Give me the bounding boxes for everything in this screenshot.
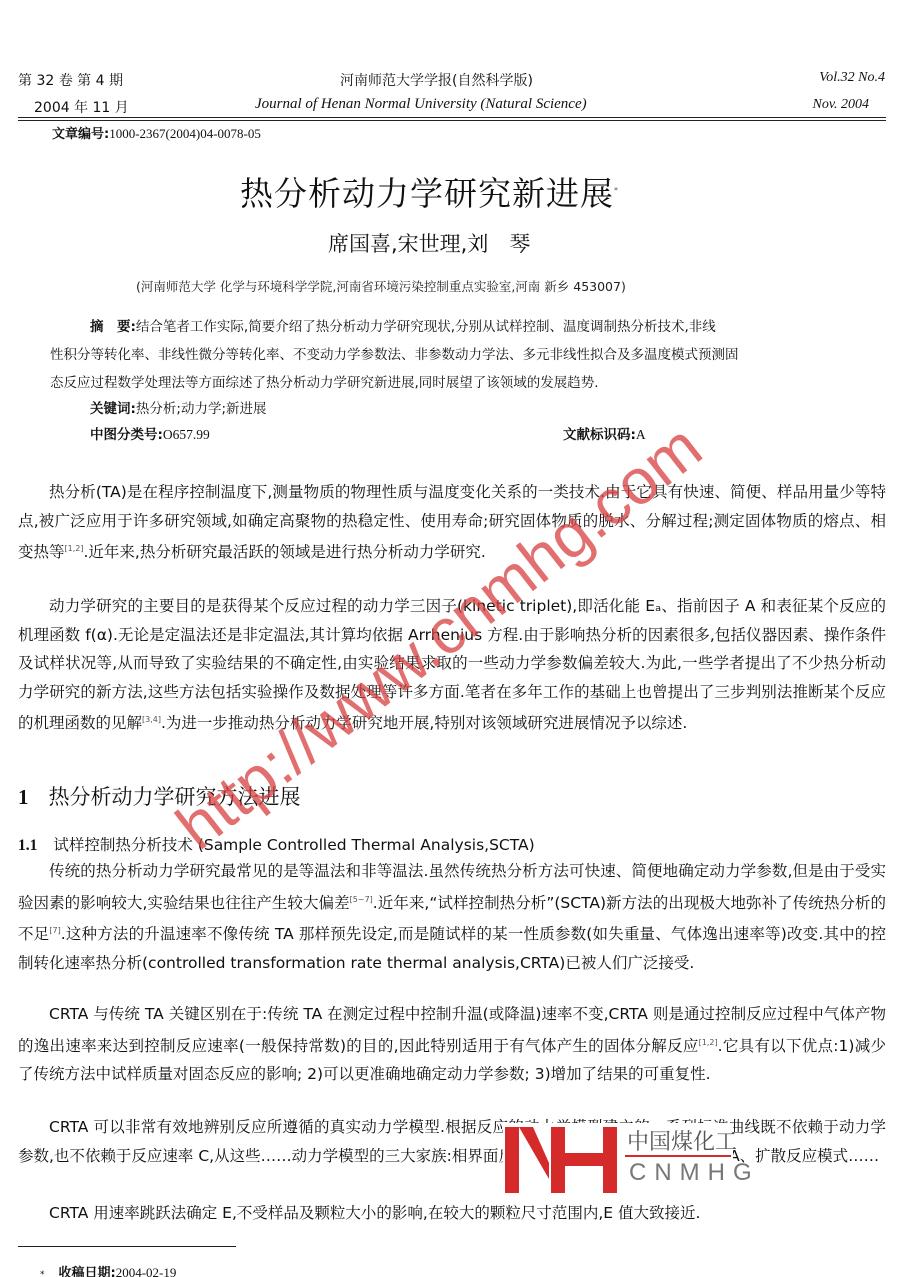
keywords: 关键词:热分析;动力学;新进展 <box>90 395 267 423</box>
citation: [1,2] <box>699 1038 718 1047</box>
citation: [1,2] <box>65 544 84 553</box>
abstract-label: 摘 要: <box>90 319 136 335</box>
volume-issue-en: Vol.32 No.4 <box>819 70 885 86</box>
date-cn: 2004 年 11 月 <box>34 97 129 117</box>
keywords-label: 关键词: <box>90 401 136 417</box>
article-id: 文章编号:1000-2367(2004)04-0078-05 <box>52 123 261 142</box>
s11-p1-text-c: .这种方法的升温速率不像传统 TA 那样预先设定,而是随试样的某一性质参数(如失… <box>18 925 886 972</box>
mh-logo-icon <box>503 1123 628 1195</box>
affiliation: (河南师范大学 化学与环境科学学院,河南省环境污染控制重点实验室,河南 新乡 4… <box>136 277 626 295</box>
article-id-label: 文章编号: <box>52 127 109 142</box>
section-1-1-heading: 1.1试样控制热分析技术 (Sample Controlled Thermal … <box>18 833 535 855</box>
publisher-logo: 中国煤化工 CNMHG <box>503 1123 733 1195</box>
classification-value: O657.99 <box>163 427 210 442</box>
keywords-value: 热分析;动力学;新进展 <box>136 401 267 417</box>
journal-name-cn: 河南师范大学学报(自然科学版) <box>340 70 533 90</box>
journal-name-en: Journal of Henan Normal University (Natu… <box>255 96 587 113</box>
abstract: 摘 要:结合笔者工作实际,简要介绍了热分析动力学研究现状,分别从试样控制、温度调… <box>50 313 890 397</box>
section-1-1-paragraph-2: CRTA 与传统 TA 关键区别在于:传统 TA 在测定过程中控制升温(或降温)… <box>18 1000 886 1089</box>
citation: [3,4] <box>142 715 161 724</box>
section-1-number: 1 <box>18 785 29 809</box>
section-1-1-title: 试样控制热分析技术 (Sample Controlled Thermal Ana… <box>53 836 534 854</box>
abstract-line-2: 性积分等转化率、非线性微分等转化率、不变动力学参数法、非参数动力学法、多元非线性… <box>50 341 890 369</box>
intro-paragraph-1: 热分析(TA)是在程序控制温度下,测量物质的物理性质与温度变化关系的一类技术.由… <box>18 478 886 567</box>
intro-p1-text-b: .近年来,热分析研究最活跃的领域是进行热分析动力学研究. <box>83 543 485 561</box>
footnote-label: 收稿日期: <box>59 1266 116 1277</box>
section-1-1-number: 1.1 <box>18 837 37 854</box>
volume-issue-cn: 第 32 卷 第 4 期 <box>18 70 123 90</box>
article-id-value: 1000-2367(2004)04-0078-05 <box>109 126 261 141</box>
document-code-label: 文献标识码: <box>563 427 636 443</box>
classification-label: 中图分类号: <box>90 427 163 443</box>
section-1-1-paragraph-4: CRTA 用速率跳跃法确定 E,不受样品及颗粒大小的影响,在较大的颗粒尺寸范围内… <box>18 1199 886 1228</box>
citation: [5~7] <box>350 895 373 904</box>
citation: [7] <box>49 926 60 935</box>
abstract-line-3: 态反应过程数学处理法等方面综述了热分析动力学研究新进展,同时展望了该领域的发展趋… <box>50 369 890 397</box>
abstract-line-1: 结合笔者工作实际,简要介绍了热分析动力学研究现状,分别从试样控制、温度调制热分析… <box>136 319 716 335</box>
section-1-1-paragraph-1: 传统的热分析动力学研究最常见的是等温法和非等温法.虽然传统热分析方法可快速、简便… <box>18 857 886 977</box>
header-rule <box>18 117 886 121</box>
classification: 中图分类号:O657.99 <box>90 421 210 449</box>
footnote-rule <box>18 1246 236 1247</box>
footnote-value: 2004-02-19 <box>116 1265 177 1277</box>
date-en: Nov. 2004 <box>812 97 869 113</box>
footnote-mark: * <box>40 1270 45 1277</box>
intro-p2-text-b: .为进一步推动热分析动力学研究地开展,特别对该领域研究进展情况予以综述. <box>161 714 687 732</box>
title-footnote-mark: * <box>614 186 619 195</box>
paper-title-text: 热分析动力学研究新进展 <box>240 174 614 213</box>
logo-cn-text: 中国煤化工 <box>627 1125 737 1156</box>
logo-underline <box>625 1155 731 1157</box>
logo-en-text: CNMHG <box>629 1159 760 1187</box>
footnote: *收稿日期:2004-02-19 <box>40 1262 176 1277</box>
authors: 席国喜,宋世理,刘 琴 <box>328 228 530 258</box>
paper-title: 热分析动力学研究新进展* <box>240 168 619 215</box>
